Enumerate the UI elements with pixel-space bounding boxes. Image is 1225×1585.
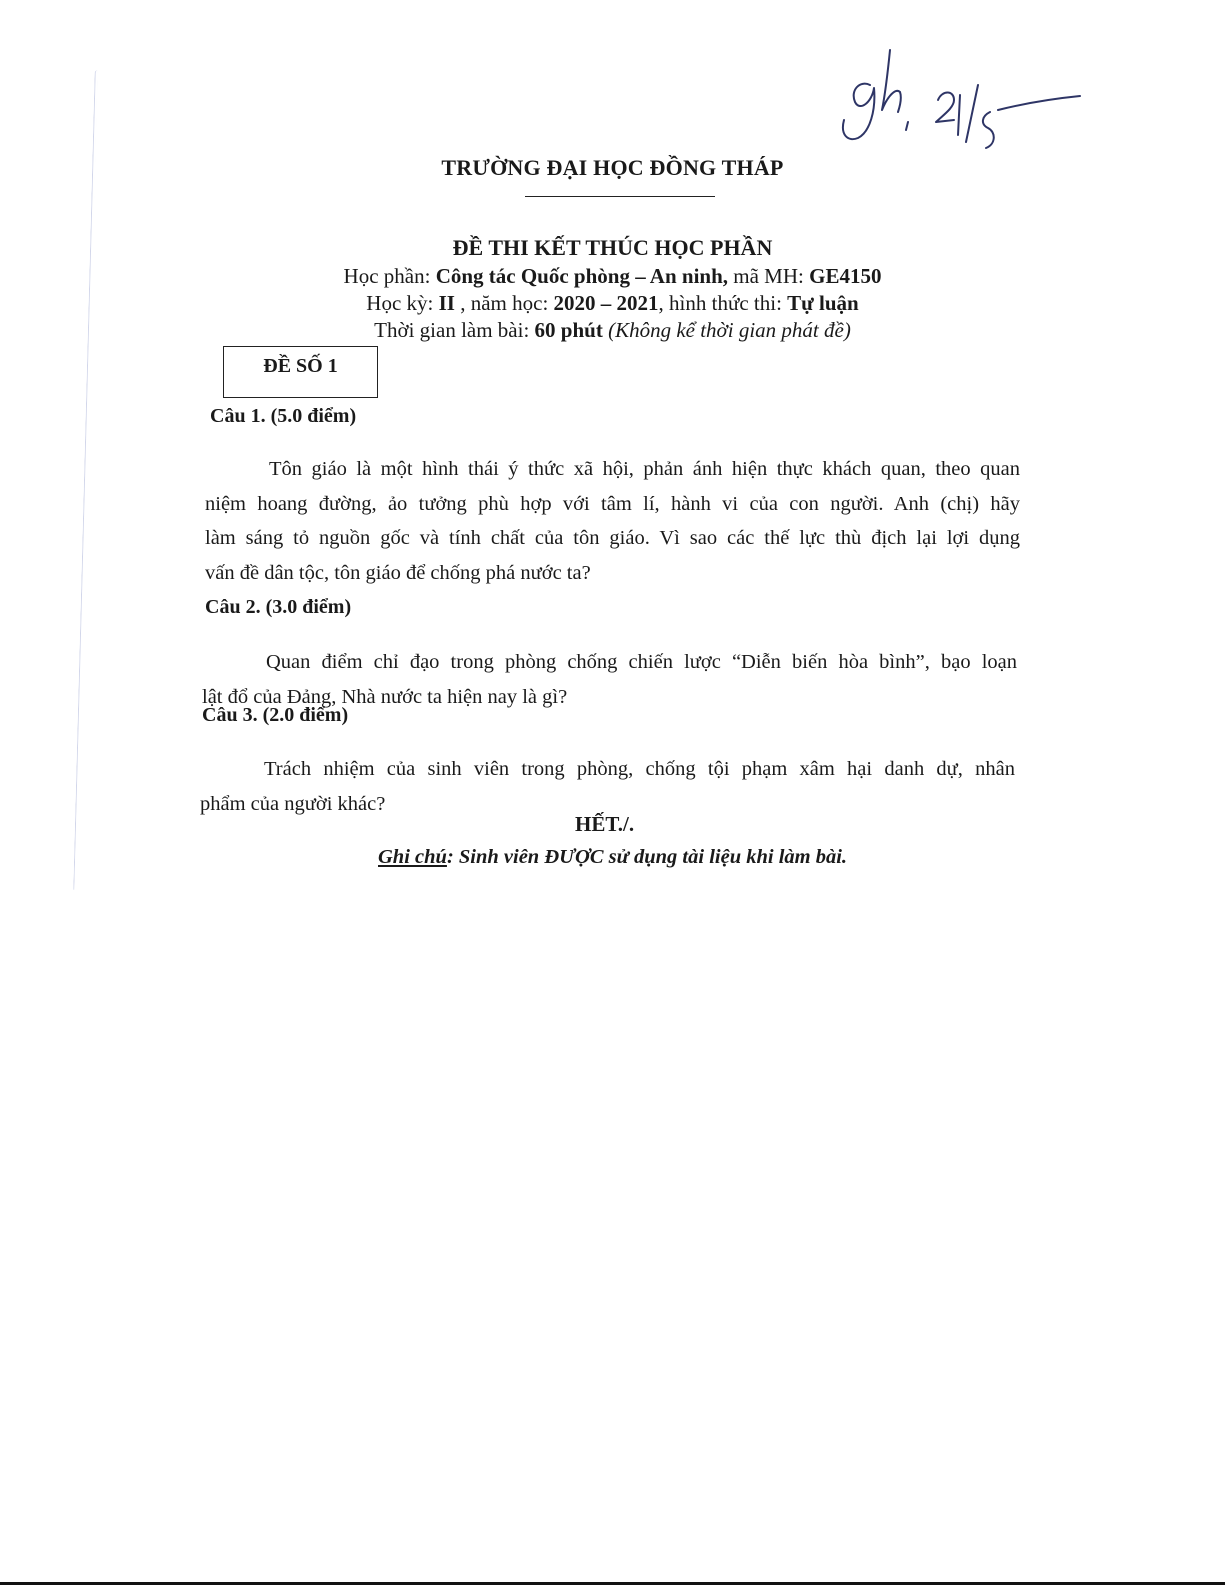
end-mark: HẾT./.: [575, 812, 634, 837]
time-label: Thời gian làm bài:: [374, 318, 534, 342]
course-label: Học phần:: [344, 264, 436, 288]
format-label: , hình thức thi:: [659, 291, 788, 315]
question-2-heading: Câu 2. (3.0 điểm): [205, 596, 351, 619]
school-year: 2020 – 2021: [554, 291, 659, 315]
note-text: : Sinh viên ĐƯỢC sử dụng tài liệu khi là…: [447, 846, 847, 868]
year-label: , năm học:: [455, 291, 554, 315]
course-code-label: mã MH:: [728, 264, 809, 288]
question-line: làm sáng tỏ nguồn gốc và tính chất của t…: [205, 521, 1020, 556]
time-value: 60 phút: [535, 318, 603, 342]
term-label: Học kỳ:: [366, 291, 438, 315]
question-3-text: Trách nhiệm của sinh viên trong phòng, c…: [200, 752, 1015, 821]
course-name: Công tác Quốc phòng – An ninh,: [436, 264, 728, 288]
question-line: Tôn giáo là một hình thái ý thức xã hội,…: [269, 458, 1020, 480]
note-label: Ghi chú: [378, 846, 447, 868]
title-underline: [525, 196, 715, 197]
exam-code: ĐỀ SỐ 1: [224, 355, 377, 378]
time-note: (Không kể thời gian phát đề): [603, 318, 851, 342]
footer-note: Ghi chú: Sinh viên ĐƯỢC sử dụng tài liệu…: [378, 846, 847, 869]
time-info: Thời gian làm bài: 60 phút (Không kể thờ…: [0, 318, 1225, 343]
term-info: Học kỳ: II , năm học: 2020 – 2021, hình …: [0, 291, 1225, 316]
term-value: II: [439, 291, 455, 315]
exam-title: ĐỀ THI KẾT THÚC HỌC PHẦN: [0, 235, 1225, 261]
question-1-text: Tôn giáo là một hình thái ý thức xã hội,…: [205, 452, 1020, 590]
exam-code-box: ĐỀ SỐ 1: [223, 346, 378, 398]
question-line: niệm hoang đường, ảo tưởng phù hợp với t…: [205, 487, 1020, 522]
question-line: vấn đề dân tộc, tôn giáo để chống phá nư…: [205, 556, 1020, 591]
scan-edge-artifact: [73, 70, 97, 890]
question-line: Quan điểm chỉ đạo trong phòng chống chiế…: [266, 651, 1017, 673]
question-line: Trách nhiệm của sinh viên trong phòng, c…: [264, 758, 1015, 780]
handwritten-annotation: gh, 21/5: [830, 40, 1090, 170]
question-3-heading: Câu 3. (2.0 điểm): [202, 704, 348, 727]
exam-format: Tự luận: [787, 291, 859, 315]
school-name: TRƯỜNG ĐẠI HỌC ĐỒNG THÁP: [0, 155, 1225, 181]
course-code: GE4150: [809, 264, 881, 288]
question-1-heading: Câu 1. (5.0 điểm): [210, 405, 356, 428]
course-info: Học phần: Công tác Quốc phòng – An ninh,…: [0, 264, 1225, 289]
